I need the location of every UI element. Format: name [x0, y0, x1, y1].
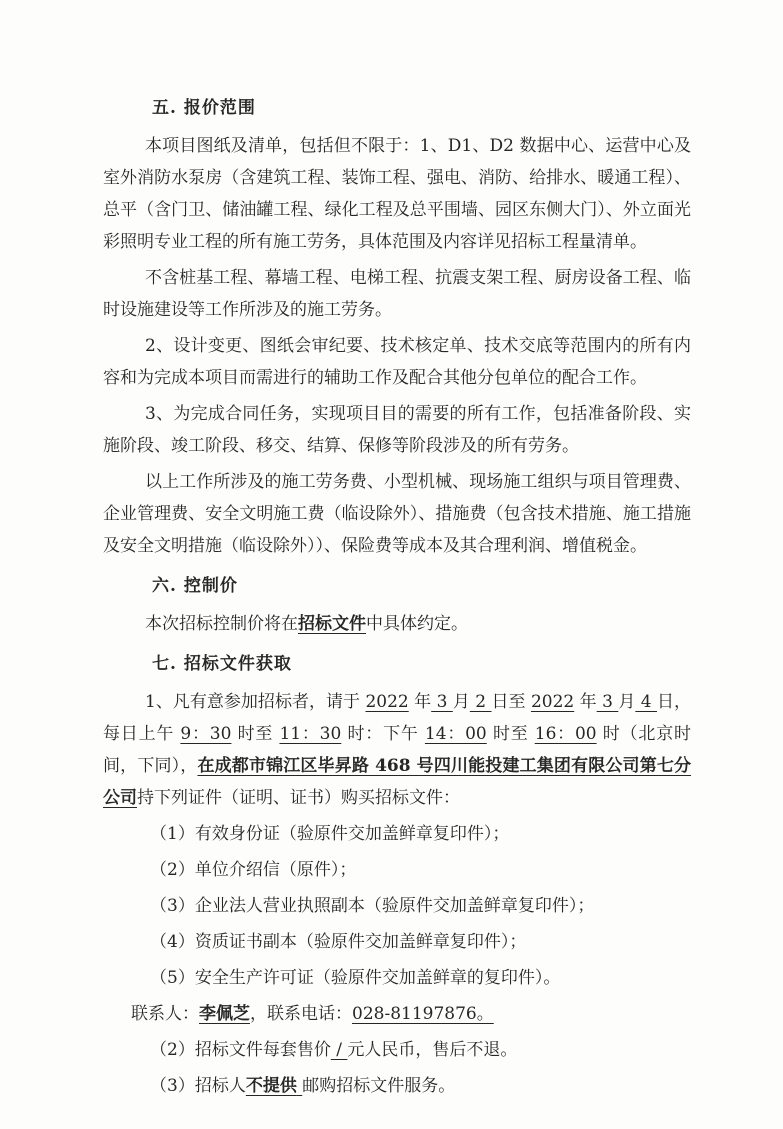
text-segment: 时：下午: [341, 724, 425, 744]
paragraph-scope-costs: 以上工作所涉及的施工劳务费、小型机械、现场施工组织与项目管理费、企业管理费、安全…: [103, 466, 691, 562]
paragraph-acquisition-time-place: 1、凡有意参加招标者，请于 2022 年 3 月 2 日至 2022 年 3 月…: [103, 686, 691, 814]
list-item-credential-2: （2）单位介绍信（原件）；: [103, 854, 691, 886]
text-segment: 李佩芝: [199, 1004, 250, 1024]
heading-section-5-quotation-scope: 五. 报价范围: [103, 92, 691, 124]
text-segment: 五. 报价范围: [152, 98, 256, 118]
text-segment: 年: [574, 692, 596, 712]
text-segment: 年: [409, 692, 431, 712]
text-segment: 14：00: [425, 724, 487, 744]
text-segment: 3: [431, 692, 453, 712]
text-segment: ，联系电话：: [250, 1004, 352, 1024]
text-segment: 不含桩基工程、幕墙工程、电梯工程、抗震支架工程、厨房设备工程、临时设施建设等工作…: [103, 268, 691, 320]
list-item-price: （2）招标文件每套售价 / 元人民币，售后不退。: [103, 1034, 691, 1066]
text-segment: 2、设计变更、图纸会审纪要、技术核定单、技术交底等范围内的所有内容和为完成本项目…: [103, 336, 691, 388]
text-segment: 七. 招标文件获取: [152, 654, 292, 674]
text-segment: 028-81197876。: [352, 1004, 494, 1024]
text-segment: 招标文件: [298, 614, 366, 634]
text-segment: 日至: [492, 692, 531, 712]
list-item-credential-3: （3）企业法人营业执照副本（验原件交加盖鲜章复印件）；: [103, 890, 691, 922]
list-item-credential-1: （1）有效身份证（验原件交加盖鲜章复印件）；: [103, 818, 691, 850]
text-segment: /: [331, 1040, 348, 1060]
text-segment: （2）招标文件每套售价: [150, 1040, 331, 1060]
text-segment: （3）招标人: [150, 1076, 246, 1096]
document-content: 五. 报价范围本项目图纸及清单，包括但不限于：1、D1、D2 数据中心、运营中心…: [103, 92, 691, 1106]
text-segment: 本次招标控制价将在: [145, 614, 298, 634]
paragraph-scope-main: 本项目图纸及清单，包括但不限于：1、D1、D2 数据中心、运营中心及室外消防水泵…: [103, 130, 691, 258]
text-segment: 以上工作所涉及的施工劳务费、小型机械、现场施工组织与项目管理费、企业管理费、安全…: [103, 472, 691, 556]
list-item-credential-4: （4）资质证书副本（验原件交加盖鲜章复印件）；: [103, 926, 691, 958]
heading-section-7-document-acquisition: 七. 招标文件获取: [103, 648, 691, 680]
text-segment: 1、凡有意参加招标者，请于: [145, 692, 365, 712]
text-segment: （3）企业法人营业执照副本（验原件交加盖鲜章复印件）；: [150, 896, 594, 916]
text-segment: 本项目图纸及清单，包括但不限于：1、D1、D2 数据中心、运营中心及室外消防水泵…: [103, 136, 691, 252]
text-segment: 不提供: [246, 1076, 297, 1096]
text-segment: 中具体约定。: [366, 614, 468, 634]
text-segment: 2022: [531, 692, 574, 712]
text-segment: 2022: [365, 692, 408, 712]
text-segment: （2）单位介绍信（原件）；: [150, 860, 356, 880]
text-segment: 2: [470, 692, 492, 712]
contact-line: 联系人：李佩芝，联系电话：028-81197876。: [103, 998, 691, 1030]
text-segment: 9：30: [180, 724, 231, 744]
text-segment: 持下列证件（证明、证书）购买招标文件：: [137, 788, 460, 808]
text-segment: 联系人：: [131, 1004, 199, 1024]
text-segment: 月: [453, 692, 470, 712]
text-segment: 邮购招标文件服务。: [302, 1076, 455, 1096]
text-segment: 4: [635, 692, 657, 712]
text-segment: （1）有效身份证（验原件交加盖鲜章复印件）；: [150, 824, 509, 844]
document-page: 五. 报价范围本项目图纸及清单，包括但不限于：1、D1、D2 数据中心、运营中心…: [0, 0, 783, 1129]
list-item-no-mail-order: （3）招标人不提供 邮购招标文件服务。: [103, 1070, 691, 1102]
paragraph-control-price: 本次招标控制价将在招标文件中具体约定。: [103, 608, 691, 640]
heading-section-6-control-price: 六. 控制价: [103, 570, 691, 602]
text-segment: 时至: [487, 724, 535, 744]
list-item-credential-5: （5）安全生产许可证（验原件交加盖鲜章的复印件）。: [103, 962, 691, 994]
text-segment: 3: [597, 692, 619, 712]
paragraph-scope-exclusions: 不含桩基工程、幕墙工程、电梯工程、抗震支架工程、厨房设备工程、临时设施建设等工作…: [103, 262, 691, 326]
text-segment: 六. 控制价: [152, 576, 238, 596]
text-segment: （4）资质证书副本（验原件交加盖鲜章复印件）；: [150, 932, 526, 952]
text-segment: （5）安全生产许可证（验原件交加盖鲜章的复印件）。: [150, 968, 560, 988]
text-segment: 11：30: [279, 724, 341, 744]
text-segment: 16：00: [535, 724, 597, 744]
text-segment: 元人民币，售后不退。: [347, 1040, 517, 1060]
paragraph-scope-item-3: 3、为完成合同任务，实现项目目的需要的所有工作，包括准备阶段、实施阶段、竣工阶段…: [103, 398, 691, 462]
text-segment: 时至: [231, 724, 279, 744]
text-segment: 3、为完成合同任务，实现项目目的需要的所有工作，包括准备阶段、实施阶段、竣工阶段…: [103, 404, 691, 456]
paragraph-scope-item-2: 2、设计变更、图纸会审纪要、技术核定单、技术交底等范围内的所有内容和为完成本项目…: [103, 330, 691, 394]
text-segment: 月: [618, 692, 635, 712]
